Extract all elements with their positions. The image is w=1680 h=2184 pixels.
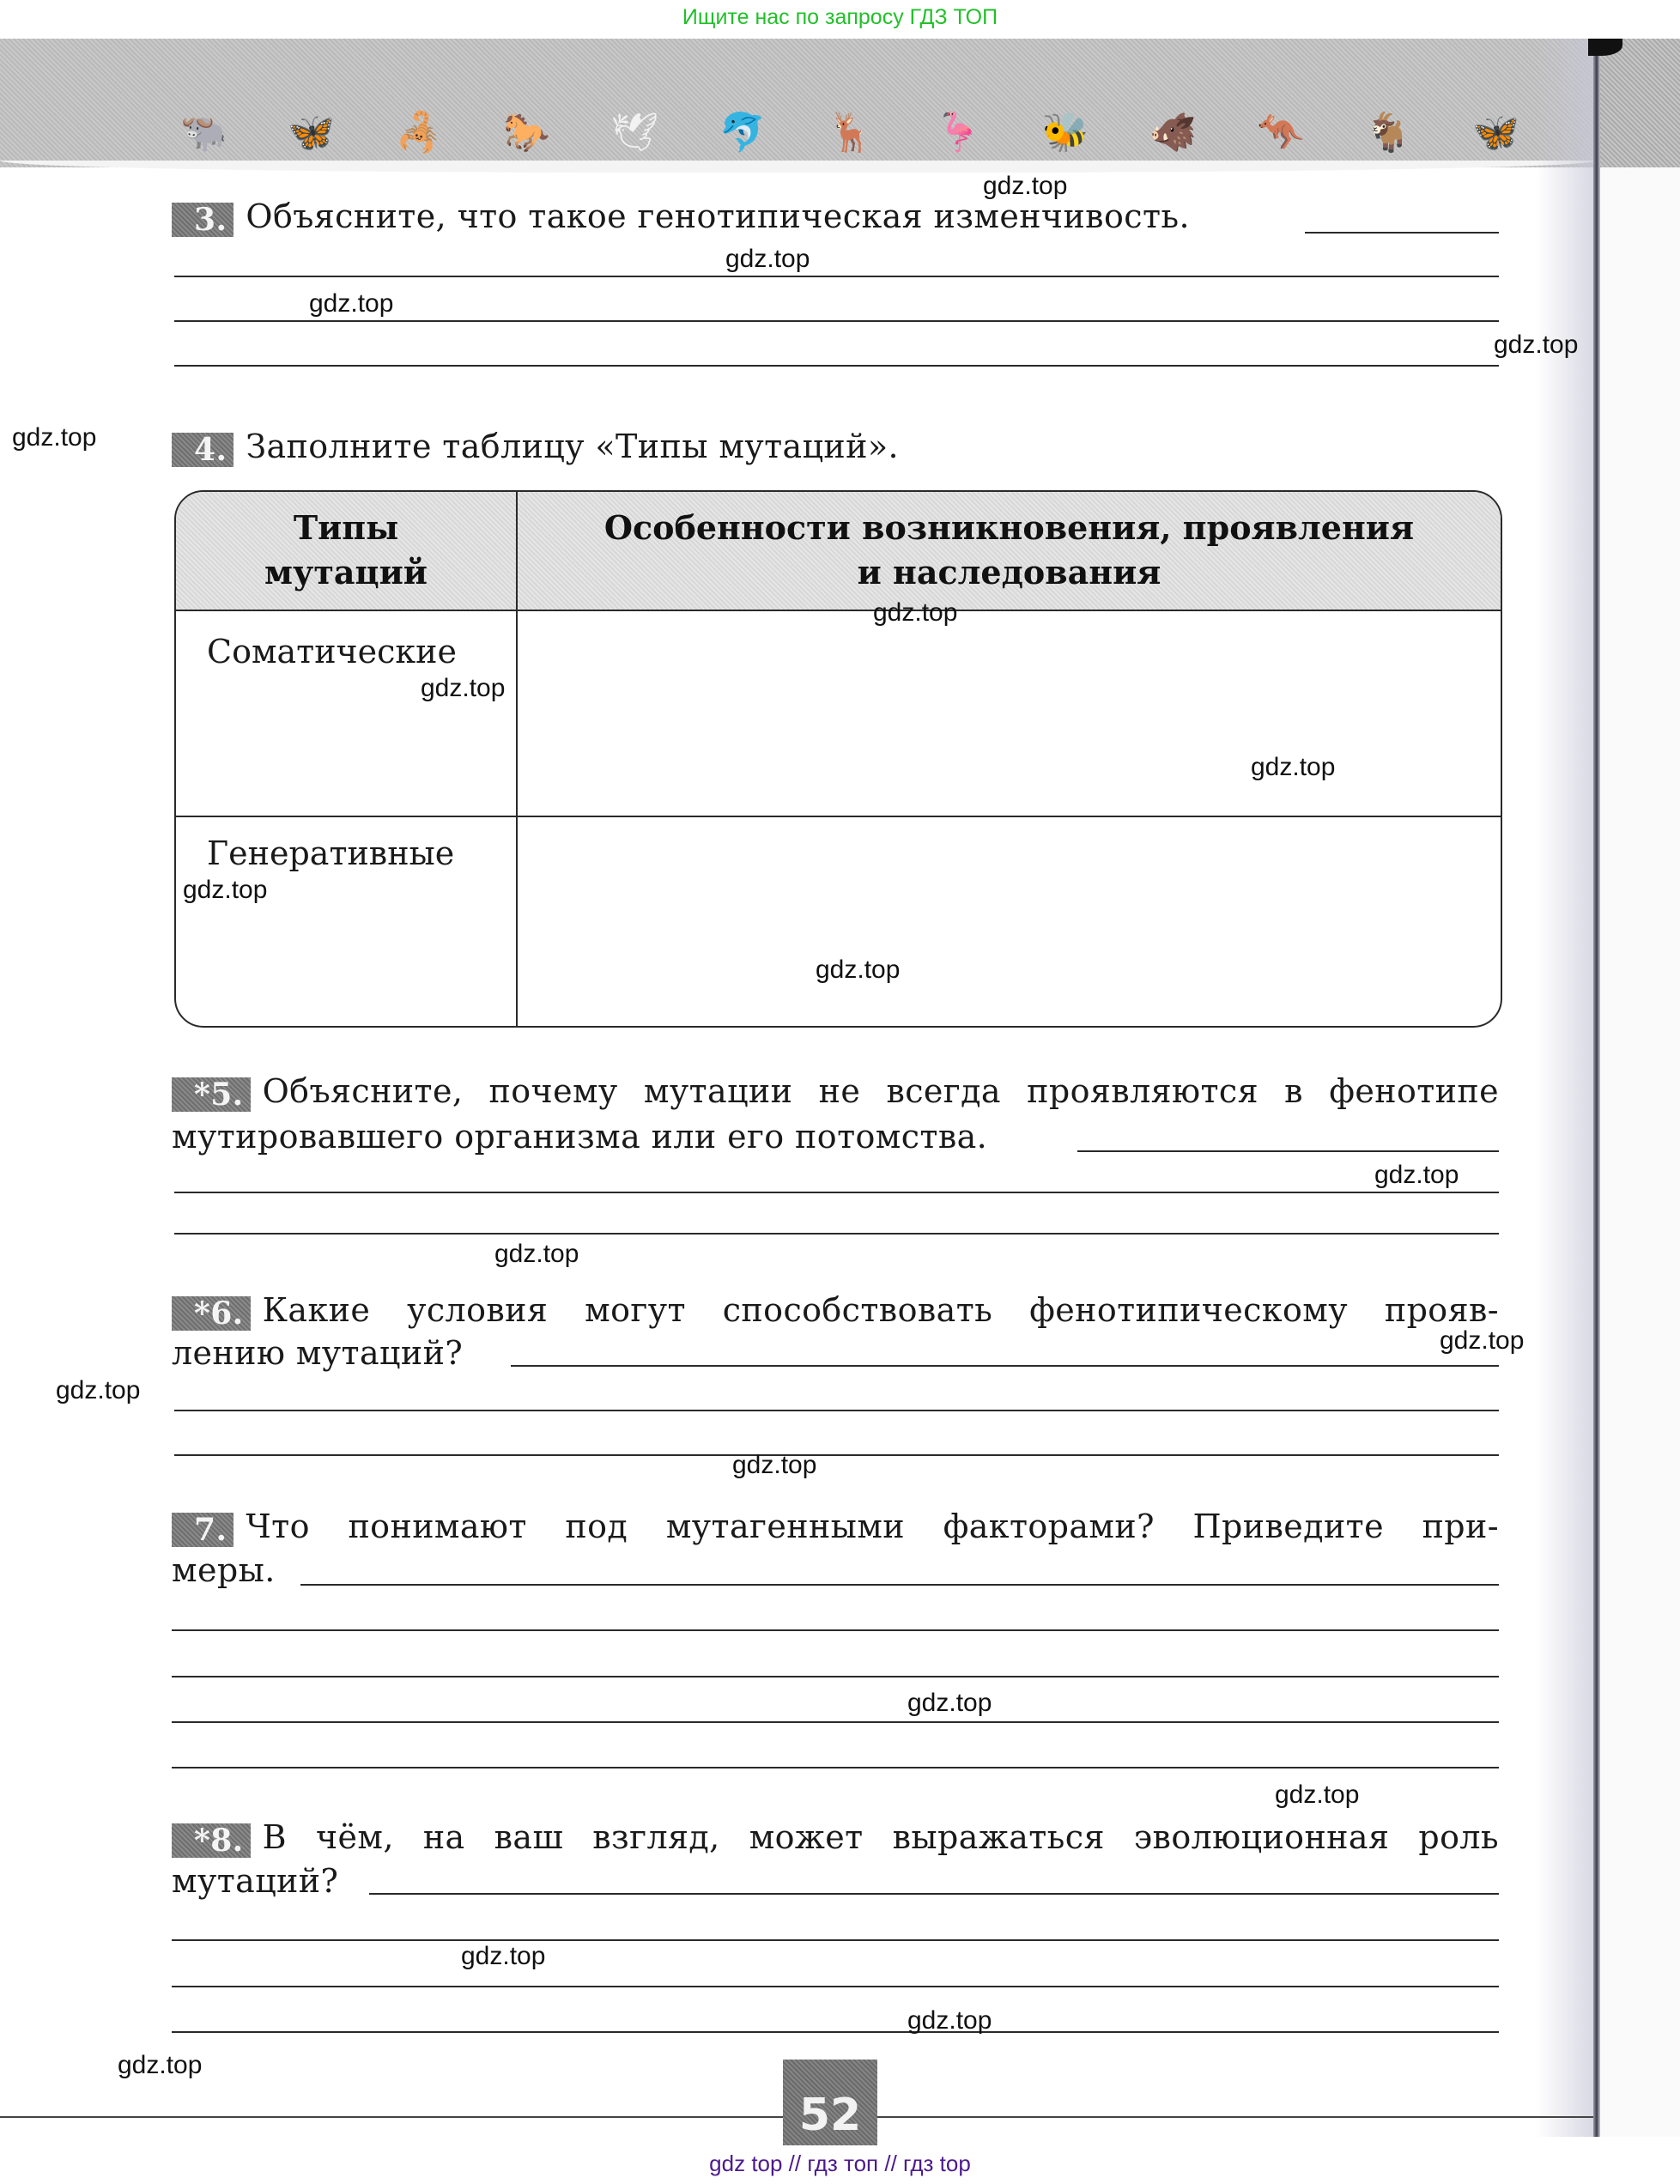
answer-line[interactable] <box>174 365 1499 367</box>
question-number: *5. <box>172 1077 251 1112</box>
insect-icon: 🐝 <box>1042 112 1089 155</box>
question-8-line-2: мутаций? <box>172 1859 338 1903</box>
watermark: gdz.top <box>732 1451 816 1480</box>
watermark: gdz.top <box>118 2051 202 2080</box>
watermark: gdz.top <box>1440 1326 1524 1356</box>
answer-line[interactable] <box>172 1629 1499 1631</box>
answer-line[interactable] <box>174 320 1499 322</box>
answer-line[interactable] <box>1305 232 1499 234</box>
watermark: gdz.top <box>907 1689 992 1718</box>
watermark: gdz.top <box>983 172 1067 201</box>
top-banner[interactable]: Ищите нас по запросу ГДЗ ТОП <box>0 0 1680 39</box>
question-7-line-2: меры. <box>172 1548 276 1592</box>
answer-line[interactable] <box>174 1192 1499 1193</box>
watermark: gdz.top <box>421 674 505 703</box>
answer-line[interactable] <box>172 1676 1499 1677</box>
answer-line[interactable] <box>174 1410 1499 1411</box>
question-number: *8. <box>172 1823 251 1858</box>
watermark: gdz.top <box>461 1942 545 1971</box>
question-5: *5.Объясните, почему мутации не всегда п… <box>172 1069 1499 1113</box>
question-6: *6.Какие условия могут способствовать фе… <box>172 1288 1499 1332</box>
watermark: gdz.top <box>1251 753 1335 782</box>
answer-line[interactable] <box>172 2031 1499 2033</box>
answer-line[interactable] <box>172 1767 1499 1768</box>
table-row-somatic: Соматические <box>207 629 457 674</box>
kangaroo-icon: 🦘 <box>1258 112 1305 155</box>
question-5-line-2: мутировавшего организма или его потомств… <box>172 1114 987 1159</box>
answer-line[interactable] <box>172 1986 1499 1987</box>
scorpion-icon: 🦂 <box>396 112 443 155</box>
boar-icon: 🐗 <box>1149 112 1197 155</box>
watermark: gdz.top <box>183 876 267 905</box>
answer-line[interactable] <box>174 1233 1499 1235</box>
watermark: gdz.top <box>725 245 810 274</box>
next-page-edge <box>1600 39 1680 2137</box>
question-text: Объясните, почему мутации не всегда проя… <box>263 1072 1499 1110</box>
watermark: gdz.top <box>873 598 957 628</box>
question-number: *6. <box>172 1296 251 1331</box>
horse-icon: 🐎 <box>503 112 550 155</box>
question-number: 4. <box>172 433 234 467</box>
question-number: 7. <box>172 1513 234 1547</box>
bird-icon: 🕊 <box>610 112 658 155</box>
question-text: В чём, на ваш взгляд, может выражаться э… <box>263 1818 1499 1856</box>
watermark: gdz.top <box>816 955 900 985</box>
bison-icon: 🐃 <box>180 112 227 155</box>
watermark: gdz.top <box>907 2006 992 2035</box>
animal-icons-row: 🐃 🦋 🦂 🐎 🕊 🐬 🦌 🦩 🐝 🐗 🦘 🐐 🦋 <box>180 112 1519 155</box>
dolphin-icon: 🐬 <box>719 112 767 155</box>
answer-line[interactable] <box>369 1893 1499 1895</box>
antelope-icon: 🐐 <box>1365 112 1412 155</box>
butterfly-icon: 🦋 <box>288 112 335 155</box>
header-line: и наследования <box>518 550 1501 595</box>
watermark: gdz.top <box>1494 331 1578 360</box>
question-6-line-2: лению мутаций? <box>172 1331 463 1375</box>
answer-line[interactable] <box>300 1584 1499 1586</box>
table-row-generative: Генеративные <box>207 831 454 876</box>
generative-features-cell[interactable] <box>518 817 1501 1026</box>
question-text: Какие условия могут способствовать фенот… <box>263 1291 1499 1329</box>
watermark: gdz.top <box>494 1240 579 1269</box>
moose-icon: 🦌 <box>827 112 874 155</box>
header-line: Типы <box>176 506 516 550</box>
somatic-features-cell[interactable] <box>518 611 1501 816</box>
question-text: Объясните, что такое генотипическая изме… <box>246 197 1190 235</box>
question-8: *8.В чём, на ваш взгляд, может выражатьс… <box>172 1815 1499 1859</box>
question-number: 3. <box>172 203 234 237</box>
question-4: 4.Заполните таблицу «Типы мутаций». <box>172 424 899 469</box>
watermark: gdz.top <box>1374 1161 1459 1190</box>
answer-line[interactable] <box>511 1365 1499 1367</box>
question-text: Что понимают под мутагенными факторами? … <box>246 1508 1499 1545</box>
watermark: gdz.top <box>12 423 96 452</box>
watermark: gdz.top <box>1275 1781 1359 1810</box>
question-7: 7.Что понимают под мутагенными факторами… <box>172 1504 1499 1549</box>
footer-links[interactable]: gdz top // гдз топ // гдз top <box>0 2146 1680 2181</box>
heron-icon: 🦩 <box>934 112 981 155</box>
answer-line[interactable] <box>174 1454 1499 1456</box>
question-text: Заполните таблицу «Типы мутаций». <box>246 428 899 465</box>
butterfly-icon: 🦋 <box>1472 112 1519 155</box>
answer-line[interactable] <box>1077 1150 1499 1152</box>
answer-line[interactable] <box>172 1939 1499 1941</box>
next-page-header <box>1600 39 1680 167</box>
page-number: 52 <box>783 2060 877 2145</box>
header-line: мутаций <box>176 550 516 595</box>
watermark: gdz.top <box>309 289 393 318</box>
header-line: Особенности возникновения, проявления <box>518 506 1501 550</box>
table-header-features: Особенности возникновения, проявления и … <box>518 506 1501 595</box>
watermark: gdz.top <box>56 1376 140 1405</box>
answer-line[interactable] <box>172 1721 1499 1723</box>
answer-line[interactable] <box>174 276 1499 277</box>
table-header-types: Типы мутаций <box>176 506 516 595</box>
book-spine <box>1593 39 1600 2137</box>
